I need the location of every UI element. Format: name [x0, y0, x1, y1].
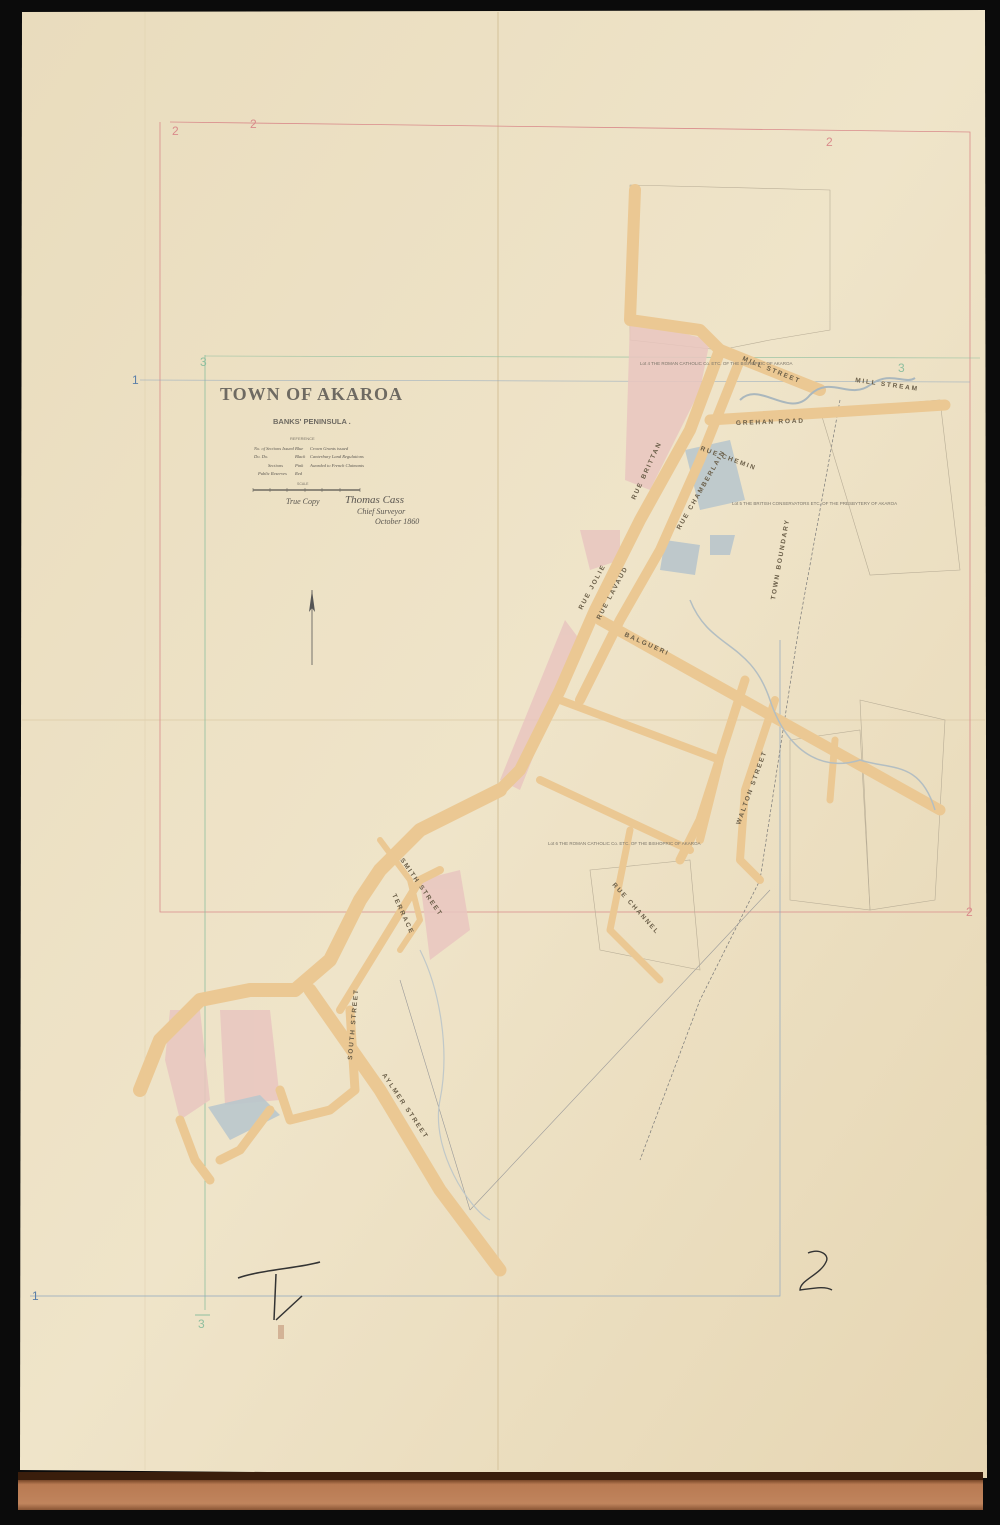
grid-mark-top-mid: 2: [250, 117, 257, 131]
reference-heading: REFERENCE: [290, 436, 315, 441]
map-subtitle: BANKS' PENINSULA .: [273, 417, 351, 426]
reference-row-desc: Crown Grants issued: [310, 446, 349, 451]
reference-row-label: Public Reserves: [257, 471, 287, 476]
reference-row-color: Blue: [295, 446, 303, 451]
grid-mark-left-3: 3: [200, 355, 207, 369]
reference-row-color: Black: [295, 454, 306, 459]
lot-note-4: Lot 4 THE ROMAN CATHOLIC Co. ETC. OF THE…: [640, 361, 793, 366]
lot-note-6: Lot 6 THE ROMAN CATHOLIC Co. ETC. OF THE…: [548, 841, 701, 846]
scale-label: SCALE: [297, 482, 309, 486]
map-title: TOWN OF AKAROA: [220, 384, 403, 404]
map-sheet: 2 2 2 1 3 3 2 1 3: [0, 0, 1000, 1525]
grid-mark-bottom-3: 3: [198, 1317, 205, 1331]
paper: [20, 10, 987, 1478]
grid-mark-top-left: 2: [172, 124, 179, 138]
reference-row-color: Red: [294, 471, 303, 476]
grid-mark-top-right: 2: [826, 135, 833, 149]
reference-row-desc: Canterbury Land Regulations: [310, 454, 364, 459]
grid-mark-bottom-left: 1: [32, 1289, 39, 1303]
grid-mark-right-3: 3: [898, 361, 905, 375]
surveyor-title: Chief Surveyor: [357, 507, 406, 516]
reference-row-desc: Awarded to French Claimants: [309, 463, 364, 468]
surveyor-signature: Thomas Cass: [345, 494, 404, 506]
lot-note-5: Lot 5 THE BRITISH CONSERVATORS ETC. OF T…: [732, 501, 897, 506]
reference-row-color: Pink: [294, 463, 304, 468]
reference-row-label: Do. Do.: [253, 454, 268, 459]
grid-mark-left-1: 1: [132, 373, 139, 387]
true-copy-note: True Copy: [286, 497, 320, 506]
reference-row-label: Sections: [268, 463, 283, 468]
reference-row-label: No. of Sections Issued: [253, 446, 294, 451]
signature-date: October 1860: [375, 517, 419, 526]
stain: [278, 1325, 284, 1339]
grid-mark-right-2: 2: [966, 905, 973, 919]
wooden-roller: [18, 1478, 983, 1510]
